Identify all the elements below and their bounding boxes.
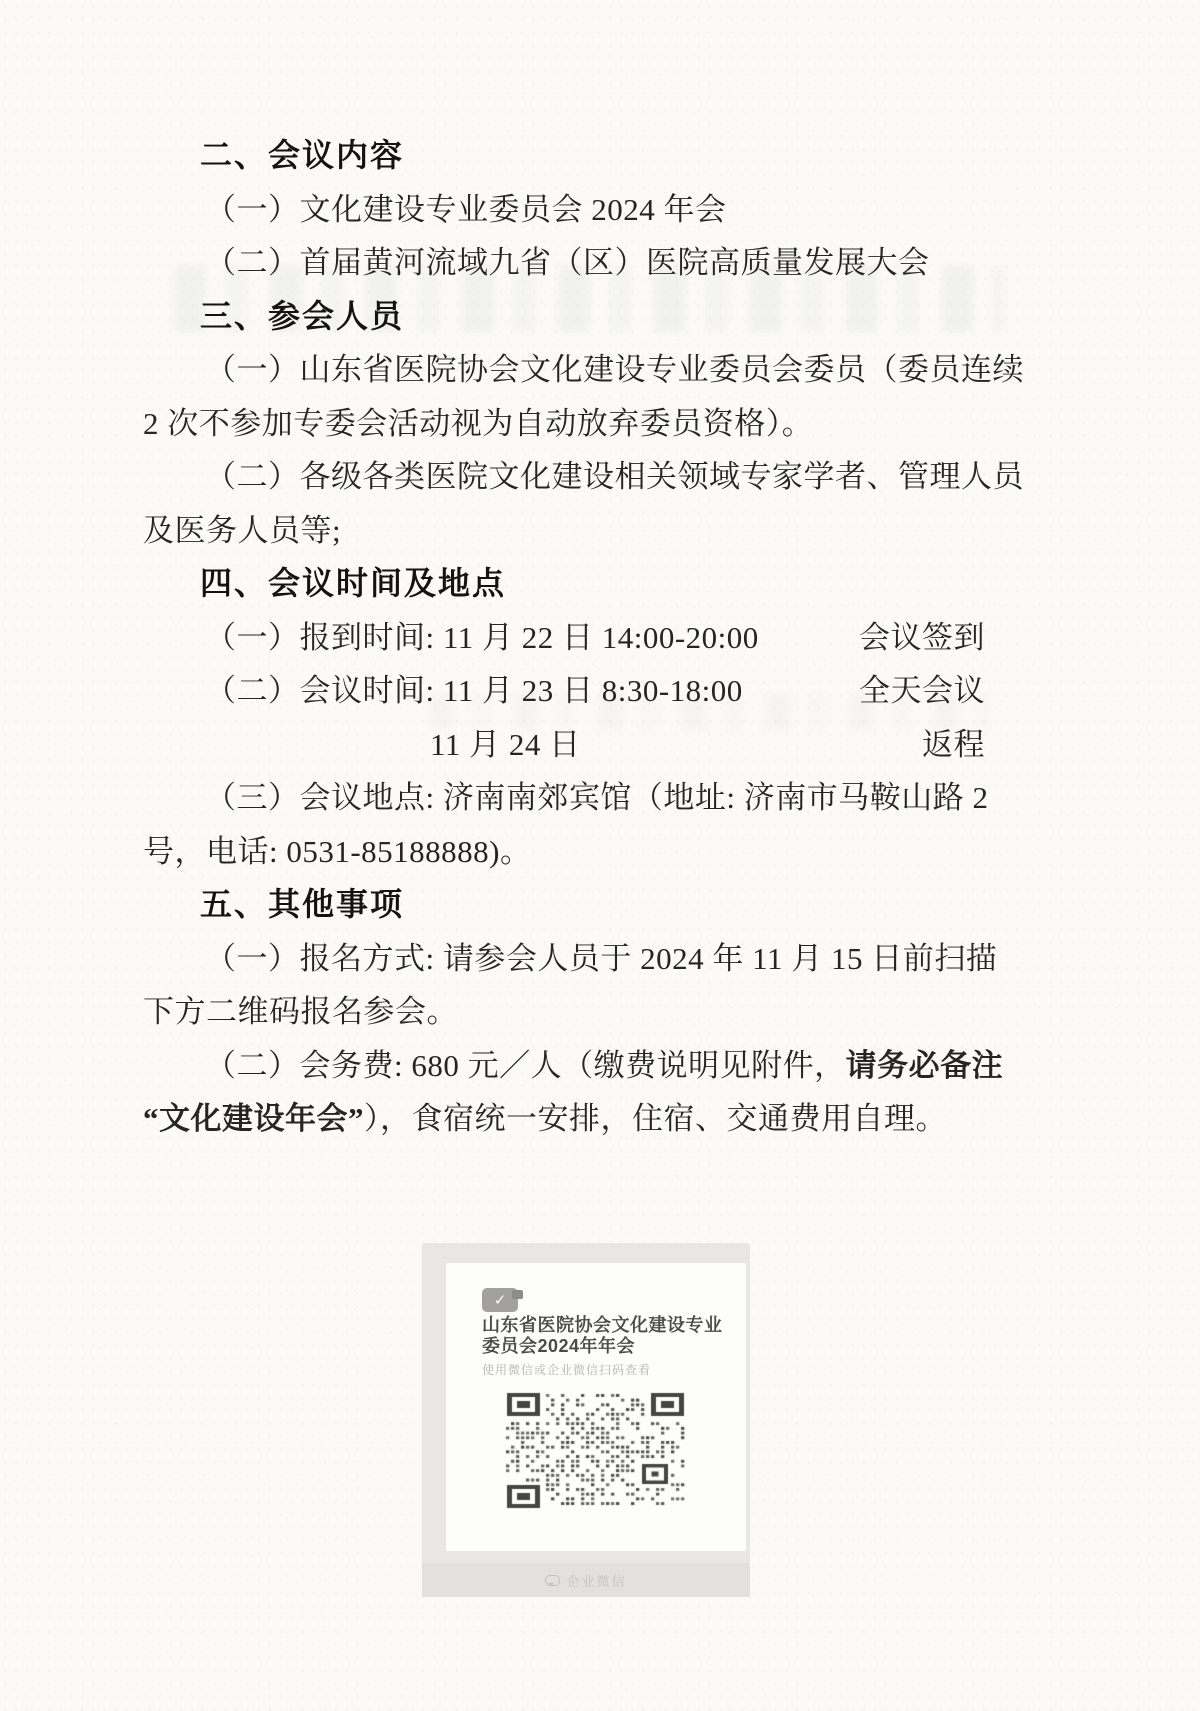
document-line-text: 11 月 24 日 <box>143 718 581 772</box>
qr-card-title: 委员会2024年年会 <box>482 1336 732 1357</box>
document-line: 号，电话: 0531-85188888)。 <box>143 825 985 879</box>
document-line: 11 月 24 日返程 <box>143 718 985 772</box>
section-heading: 五、其他事项 <box>143 878 985 932</box>
schedule-annotation: 返程 <box>922 718 985 772</box>
document-line-text: （一）报到时间: 11 月 22 日 14:00-20:00 <box>143 611 759 665</box>
document-line: 下方二维码报名参会。 <box>143 985 985 1039</box>
qr-card-panel: ✓ 山东省医院协会文化建设专业 委员会2024年年会 使用微信或企业微信扫码查看 <box>446 1263 746 1551</box>
chat-bubble-icon <box>545 1575 560 1586</box>
document-line: （一）报到时间: 11 月 22 日 14:00-20:00会议签到 <box>143 611 985 665</box>
wechat-work-label: 企业微信 <box>566 1571 626 1590</box>
document-line: （二）会务费: 680 元／人（缴费说明见附件，请务必备注 <box>143 1039 985 1093</box>
schedule-annotation: 会议签到 <box>859 611 985 665</box>
qr-card: ✓ 山东省医院协会文化建设专业 委员会2024年年会 使用微信或企业微信扫码查看… <box>422 1243 750 1597</box>
check-icon: ✓ <box>482 1288 518 1312</box>
document-line: （三）会议地点: 济南南郊宾馆（地址: 济南市马鞍山路 2 <box>143 771 985 825</box>
section-heading: 二、会议内容 <box>143 129 985 183</box>
document-line: 及医务人员等; <box>143 504 985 558</box>
document-body: 二、会议内容（一）文化建设专业委员会 2024 年会（二）首届黄河流域九省（区）… <box>143 129 985 1146</box>
wechat-work-logo: 企业微信 <box>422 1563 750 1597</box>
document-line: （一）文化建设专业委员会 2024 年会 <box>143 183 985 237</box>
document-line: （二）会议时间: 11 月 23 日 8:30-18:00全天会议 <box>143 664 985 718</box>
document-line: 2 次不参加专委会活动视为自动放弃委员资格）。 <box>143 397 985 451</box>
document-line: （一）山东省医院协会文化建设专业委员会委员（委员连续 <box>143 343 985 397</box>
document-line: （二）各级各类医院文化建设相关领域专家学者、管理人员 <box>143 450 985 504</box>
qr-card-subtitle: 使用微信或企业微信扫码查看 <box>482 1361 651 1378</box>
qr-code <box>504 1392 687 1510</box>
document-line-text: （二）会议时间: 11 月 23 日 8:30-18:00 <box>143 664 743 718</box>
scanned-document-page: 二、会议内容（一）文化建设专业委员会 2024 年会（二）首届黄河流域九省（区）… <box>0 0 1200 1711</box>
qr-card-title: 山东省医院协会文化建设专业 <box>482 1315 732 1336</box>
document-line: （一）报名方式: 请参会人员于 2024 年 11 月 15 日前扫描 <box>143 932 985 986</box>
document-line: （二）首届黄河流域九省（区）医院高质量发展大会 <box>143 236 985 290</box>
section-heading: 四、会议时间及地点 <box>143 557 985 611</box>
form-check-icon: ✓ <box>482 1288 518 1312</box>
document-line: “文化建设年会”），食宿统一安排，住宿、交通费用自理。 <box>143 1092 985 1146</box>
schedule-annotation: 全天会议 <box>859 664 985 718</box>
section-heading: 三、参会人员 <box>143 290 985 344</box>
